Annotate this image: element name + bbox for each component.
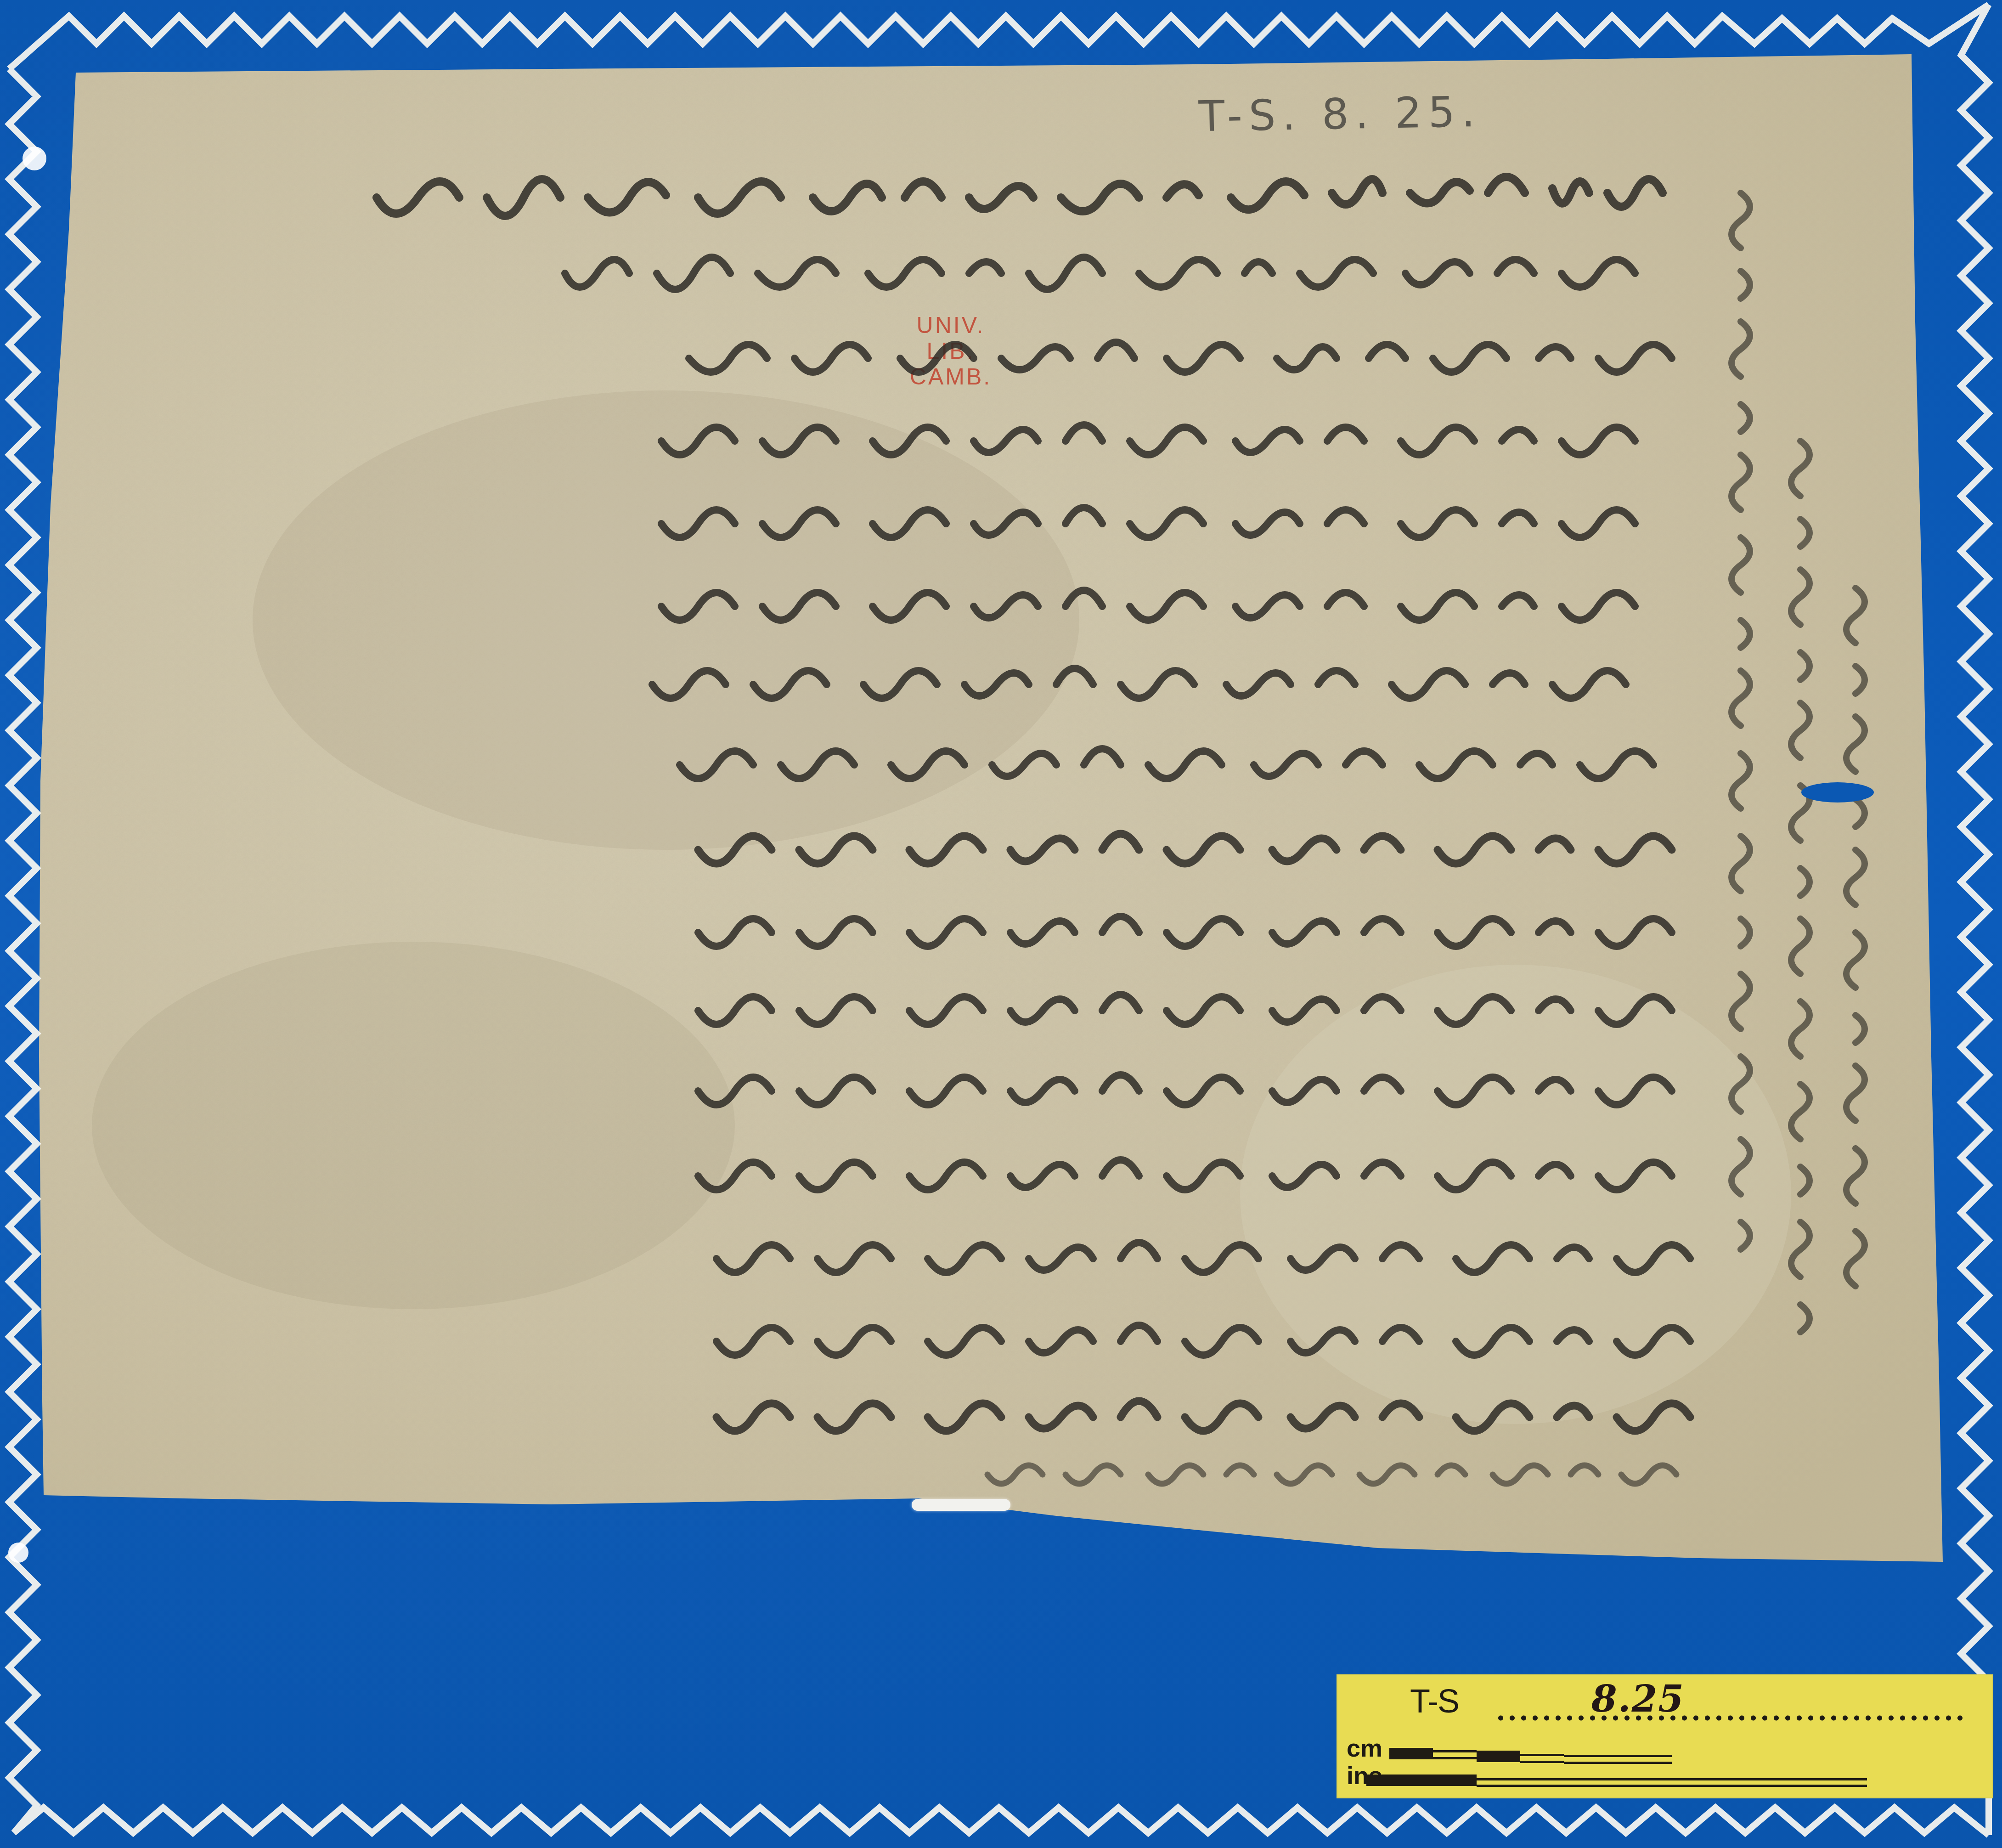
text-line-12 <box>698 1075 1672 1105</box>
shelfmark-ruler-label: T-S 8.25 cm ins <box>1337 1674 1993 1798</box>
text-line-17 <box>987 1465 1676 1484</box>
text-line-6 <box>661 590 1635 620</box>
text-line-4 <box>661 425 1635 455</box>
cm-scale-label: cm <box>1347 1734 1382 1763</box>
text-line-7 <box>652 668 1626 698</box>
text-line-13 <box>698 1160 1672 1190</box>
text-line-10 <box>698 916 1672 946</box>
text-line-8 <box>680 749 1653 779</box>
text-line-5 <box>661 508 1635 537</box>
text-line-2 <box>565 257 1635 289</box>
dotted-fill-line <box>1495 1715 1968 1721</box>
text-line-9 <box>698 834 1672 864</box>
thread-stitch-bottom <box>912 1499 1010 1511</box>
manuscript-fragment: T-S. 8. 25. UNIV. LIB. CAMB. <box>0 0 2002 1848</box>
text-line-1 <box>377 177 1663 216</box>
paper-hole <box>1801 782 1874 802</box>
collection-code: T-S <box>1410 1683 1459 1720</box>
handwritten-text-block <box>0 0 2002 1848</box>
text-line-3 <box>689 342 1672 372</box>
text-line-11 <box>698 995 1672 1024</box>
marginal-annotation-column <box>1731 193 1865 1332</box>
text-line-16 <box>716 1401 1690 1431</box>
text-line-14 <box>716 1243 1690 1272</box>
handwritten-shelfmark-number: 8.25 <box>1591 1677 1685 1720</box>
text-line-15 <box>716 1325 1690 1355</box>
